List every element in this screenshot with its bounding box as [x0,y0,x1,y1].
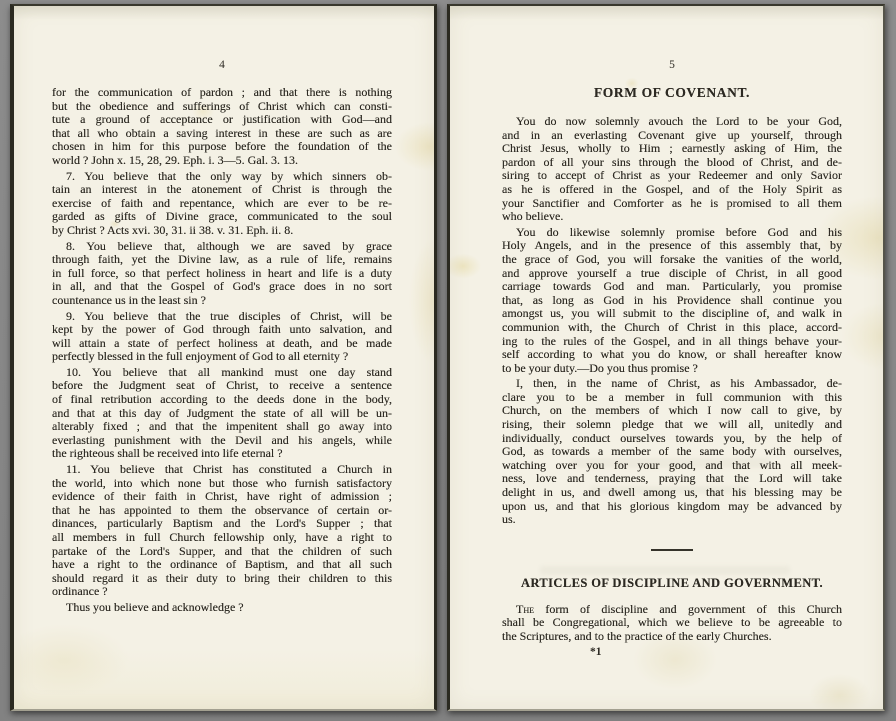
text-line: ordinance ? [52,585,392,599]
text-line: self according to what you do know, or s… [502,348,842,362]
text-line: the righteous shall be received into lif… [52,447,392,461]
text-line: to be your duty.—Do you thus promise ? [502,362,842,376]
text-line: 11. You believe that Christ has constitu… [52,463,392,477]
text-line: Holy Angels, and in the presence of this… [502,239,842,253]
text-line: communion with, the Church of Christ in … [502,321,842,335]
text-line: delight in us, and dwell among us, that … [502,486,842,500]
text-line: perfectly blessed in the full enjoyment … [52,350,392,364]
text-line: that, as long as God in his Providence s… [502,294,842,308]
text-line: exercise of faith and repentance, which … [52,197,392,211]
text-line: evidence of their faith in Christ, have … [52,490,392,504]
text-line: your Sanctifier and Comforter as he is p… [502,197,842,211]
text-line: Thus you believe and acknowledge ? [52,601,392,615]
text-line: in full force, so that perfect holiness … [52,267,392,281]
text-line: for the communication of pardon ; and th… [52,86,392,100]
text-line: have a right to the ordinance of Baptism… [52,558,392,572]
text-line: in all, and that the Gospel of God's gra… [52,280,392,294]
left-page-body-text: for the communication of pardon ; and th… [52,86,392,615]
text-line: 7. You believe that the only way by whic… [52,170,392,184]
paragraph: The form of discipline and government of… [502,603,842,644]
text-line: 9. You believe that the true disciples o… [52,310,392,324]
articles-body-text: The form of discipline and government of… [502,603,842,644]
text-line: 10. You believe that all mankind must on… [52,366,392,380]
paragraph: 11. You believe that Christ has constitu… [52,463,392,599]
text-line: us. [502,513,842,527]
text-line: carriage towards God and man. Particular… [502,280,842,294]
text-line: through faith, yet the Divine law, as a … [52,253,392,267]
text-line: chosen in him for this purpose before th… [52,140,392,154]
text-line: siring to accept of Christ as your Redee… [502,169,842,183]
paragraph: You do now solemnly avouch the Lord to b… [502,115,842,224]
text-line: alterably fixed ; and that the impeniten… [52,420,392,434]
right-page-content: 5 FORM OF COVENANT. You do now solemnly … [502,8,842,659]
scan-background: 4 for the communication of pardon ; and … [0,0,896,721]
text-line: clare you to be a member in full communi… [502,391,842,405]
text-line: the Scriptures, and to the practice of t… [502,630,842,644]
paragraph: 8. You believe that, although we are sav… [52,240,392,308]
right-page-body-text: You do now solemnly avouch the Lord to b… [502,115,842,527]
page-number: 4 [52,58,392,72]
text-line: dinances, particularly Baptism and the L… [52,517,392,531]
text-line: everlasting punishment with the Devil an… [52,434,392,448]
text-line: You do likewise solemnly promise before … [502,226,842,240]
page-number: 5 [502,58,842,72]
text-line: You do now solemnly avouch the Lord to b… [502,115,842,129]
text-line: the world, into which none but those who… [52,477,392,491]
text-line: of final retribution according to the de… [52,393,392,407]
right-page: 5 FORM OF COVENANT. You do now solemnly … [447,4,885,711]
text-line: that he has appointed to them the observ… [52,504,392,518]
text-line: The form of discipline and government of… [502,603,842,617]
text-line: God, as towards a member of the same bod… [502,445,842,459]
text-line: tain an interest in the atonement of Chr… [52,183,392,197]
left-page-content: 4 for the communication of pardon ; and … [52,8,392,615]
text-line: pardon of all your sins through the bloo… [502,156,842,170]
text-line: and in an everlasting Covenant give up y… [502,129,842,143]
text-line: individually, conduct ourselves towards … [502,432,842,446]
text-line: partake of the Lord's Supper, and that t… [52,545,392,559]
text-line: kept by the power of God through faith u… [52,323,392,337]
text-line: before the Judgment seat of Christ, to r… [52,379,392,393]
signature-mark: *1 [590,645,842,659]
text-line: tute a ground of acceptance or justifica… [52,113,392,127]
text-line: 8. You believe that, although we are sav… [52,240,392,254]
text-line: world ? John x. 15, 28, 29. Eph. i. 3—5.… [52,154,392,168]
text-line: and approve yourself a true disciple of … [502,267,842,281]
text-line: that all who obtain a saving interest in… [52,127,392,141]
section-divider [651,549,693,551]
text-line: shall be Congregational, which we believ… [502,616,842,630]
text-line: ness, love and tenderness, praying that … [502,472,842,486]
text-line: countenance us in the least sin ? [52,294,392,308]
text-line: Christ Jesus, wholly to Him ; earnestly … [502,142,842,156]
text-line: by Christ ? Acts xvi. 30, 31. ii 38. v. … [52,224,392,238]
text-line: should regard it as their duty to bring … [52,572,392,586]
text-line: amongst us, you will submit to the disci… [502,307,842,321]
paragraph: 9. You believe that the true disciples o… [52,310,392,364]
text-line: watching over you for your good, and tha… [502,459,842,473]
text-line: who believe. [502,210,842,224]
paragraph: 7. You believe that the only way by whic… [52,170,392,238]
text-line: all members in full Church fellowship on… [52,531,392,545]
paragraph: 10. You believe that all mankind must on… [52,366,392,461]
text-line: will attain a state of perfect holiness … [52,337,392,351]
text-line: ing to the rules of the Gospel, and in a… [502,335,842,349]
paragraph: for the communication of pardon ; and th… [52,86,392,168]
text-line: the grace of God, you will forsake the v… [502,253,842,267]
covenant-heading: FORM OF COVENANT. [502,84,842,101]
text-line: Church, on the members of which I now ca… [502,404,842,418]
text-line: as he is offered in the Gospel, and of t… [502,183,842,197]
paragraph: Thus you believe and acknowledge ? [52,601,392,615]
text-line: upon us, and that his glorious kingdom m… [502,500,842,514]
small-caps-lead-word: The [516,603,534,616]
text-line: rising, their solemn pledge that we will… [502,418,842,432]
text-line: but the obedience and sufferings of Chri… [52,100,392,114]
paragraph: I, then, in the name of Christ, as his A… [502,377,842,527]
paragraph: You do likewise solemnly promise before … [502,226,842,376]
text-line: and that at this day of Judgment the sta… [52,407,392,421]
articles-heading: ARTICLES OF DISCIPLINE AND GOVERNMENT. [502,575,842,591]
text-line: I, then, in the name of Christ, as his A… [502,377,842,391]
text-line: garded as gifts of Divine grace, communi… [52,210,392,224]
left-page: 4 for the communication of pardon ; and … [10,4,437,711]
